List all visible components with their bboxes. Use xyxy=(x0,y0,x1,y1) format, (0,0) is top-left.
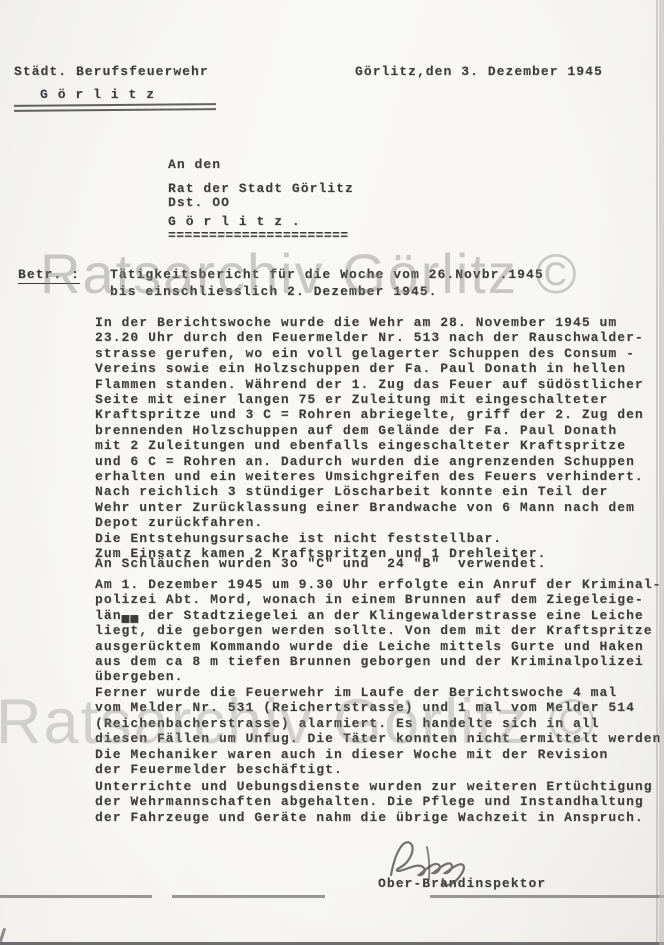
paragraph-training: Unterrichte und Uebungsdienste wurden zu… xyxy=(95,779,653,825)
scan-corner-mark xyxy=(0,928,6,942)
subject-label-text: Betr. : xyxy=(18,267,80,284)
scan-crease-line xyxy=(430,895,664,898)
scan-crease-line xyxy=(172,895,325,898)
paragraph-body-recovery: Am 1. Dezember 1945 um 9.30 Uhr erfolgte… xyxy=(95,577,661,685)
subject-text: Tätigkeitsbericht für die Woche vom 26.N… xyxy=(110,267,544,301)
subject-label: Betr. : xyxy=(18,267,80,282)
handwritten-signature xyxy=(383,833,483,888)
sender-organization: Städt. Berufsfeuerwehr xyxy=(14,64,209,79)
paragraph-false-alarms: Ferner wurde die Feuerwehr im Laufe der … xyxy=(95,685,661,777)
scanned-letter-page: Ratsarchiv Görlitz © Ratsarchiv Görlitz … xyxy=(0,0,664,945)
recipient-salutation: An den xyxy=(168,157,221,172)
paragraph-hoses-used: An Schläuchen wurden 3o "C" und 24 "B" v… xyxy=(95,556,546,571)
paragraph-fire-report: In der Berichtswoche wurde die Wehr am 2… xyxy=(95,315,644,562)
date-line: Görlitz,den 3. Dezember 1945 xyxy=(355,64,603,79)
scan-crease-line xyxy=(0,895,152,898)
scan-right-edge-band xyxy=(659,0,664,945)
recipient-separator-rule: ====================== xyxy=(168,228,348,243)
sender-underline-rule xyxy=(14,103,216,112)
recipient-department: Dst. OO xyxy=(168,195,230,210)
scan-right-edge-line xyxy=(656,0,658,945)
sender-city: G ö r l i t z xyxy=(40,87,155,102)
